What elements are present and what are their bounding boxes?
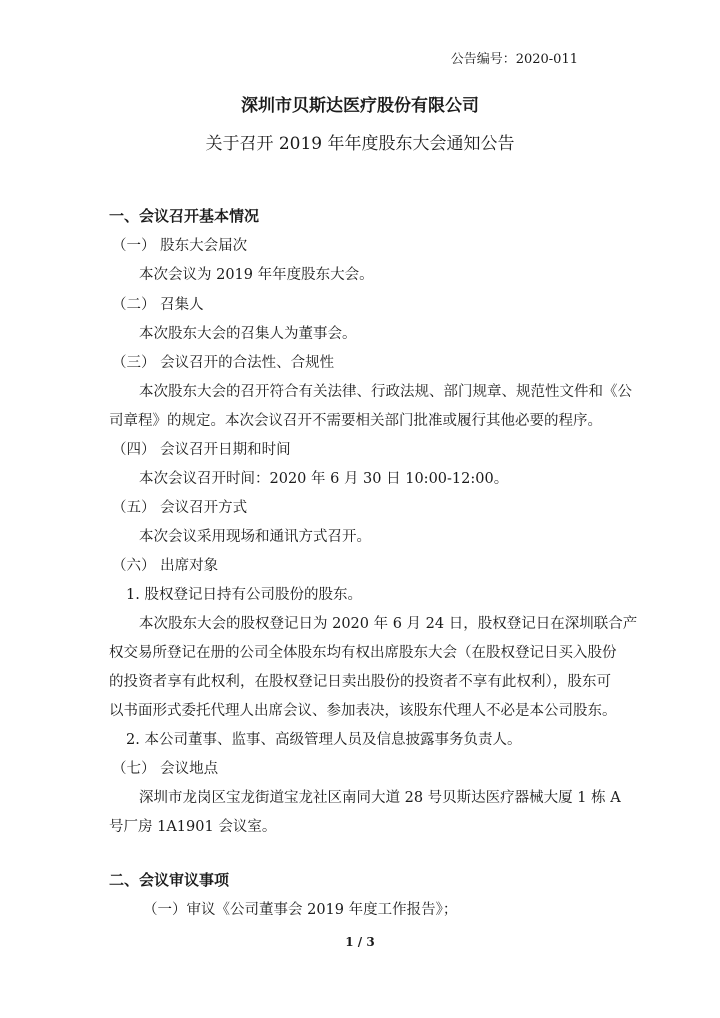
company-title: 深圳市贝斯达医疗股份有限公司 (0, 96, 720, 116)
page-number: 1 / 3 (0, 932, 720, 952)
section-heading-1: 一、会议召开基本情况 (109, 206, 259, 226)
paragraph-line: 的投资者享有此权利，在股权登记日卖出股份的投资者不享有此权利），股东可 (109, 672, 611, 692)
paragraph-line: 本次会议采用现场和通讯方式召开。 (139, 527, 371, 547)
paragraph-line: 本次股东大会的召集人为董事会。 (139, 324, 357, 344)
list-item-2: 2. 本公司董事、监事、高级管理人员及信息披露事务负责人。 (126, 730, 521, 750)
subheading-6: （六） 出席对象 (112, 556, 218, 576)
paragraph-line: 本次股东大会的召开符合有关法律、行政法规、部门规章、规范性文件和《公 (139, 382, 613, 402)
paragraph-line: 本次会议为 2019 年年度股东大会。 (139, 265, 374, 285)
review-item-1: （一）审议《公司董事会 2019 年度工作报告》； (143, 900, 457, 920)
list-item-1: 1. 股权登记日持有公司股份的股东。 (126, 585, 362, 605)
subheading-3: （三） 会议召开的合法性、合规性 (112, 353, 334, 373)
paragraph-line: 本次会议召开时间：2020 年 6 月 30 日 10:00-12:00。 (139, 469, 508, 489)
paragraph-line: 权交易所登记在册的公司全体股东均有权出席股东大会（在股权登记日买入股份 (109, 643, 611, 663)
paragraph-line: 司章程》的规定。本次会议召开不需要相关部门批准或履行其他必要的程序。 (109, 411, 602, 431)
subheading-4: （四） 会议召开日期和时间 (112, 440, 291, 460)
paragraph-line: 号厂房 1A1901 会议室。 (109, 817, 276, 837)
document-page: 公告编号：2020-011 深圳市贝斯达医疗股份有限公司 关于召开 2019 年… (0, 0, 720, 1018)
section-heading-2: 二、会议审议事项 (109, 870, 229, 890)
subheading-5: （五） 会议召开方式 (112, 498, 247, 518)
subheading-1: （一） 股东大会届次 (112, 236, 247, 256)
subheading-2: （二） 召集人 (112, 295, 204, 315)
paragraph-line: 深圳市龙岗区宝龙街道宝龙社区南同大道 28 号贝斯达医疗器械大厦 1 栋 A (139, 788, 613, 808)
paragraph-line: 本次股东大会的股权登记日为 2020 年 6 月 24 日，股权登记日在深圳联合… (139, 614, 613, 634)
doc-number: 公告编号：2020-011 (451, 50, 578, 70)
paragraph-line: 以书面形式委托代理人出席会议、参加表决，该股东代理人不必是本公司股东。 (109, 701, 611, 721)
subheading-7: （七） 会议地点 (112, 759, 218, 779)
notice-title: 关于召开 2019 年年度股东大会通知公告 (0, 134, 720, 154)
